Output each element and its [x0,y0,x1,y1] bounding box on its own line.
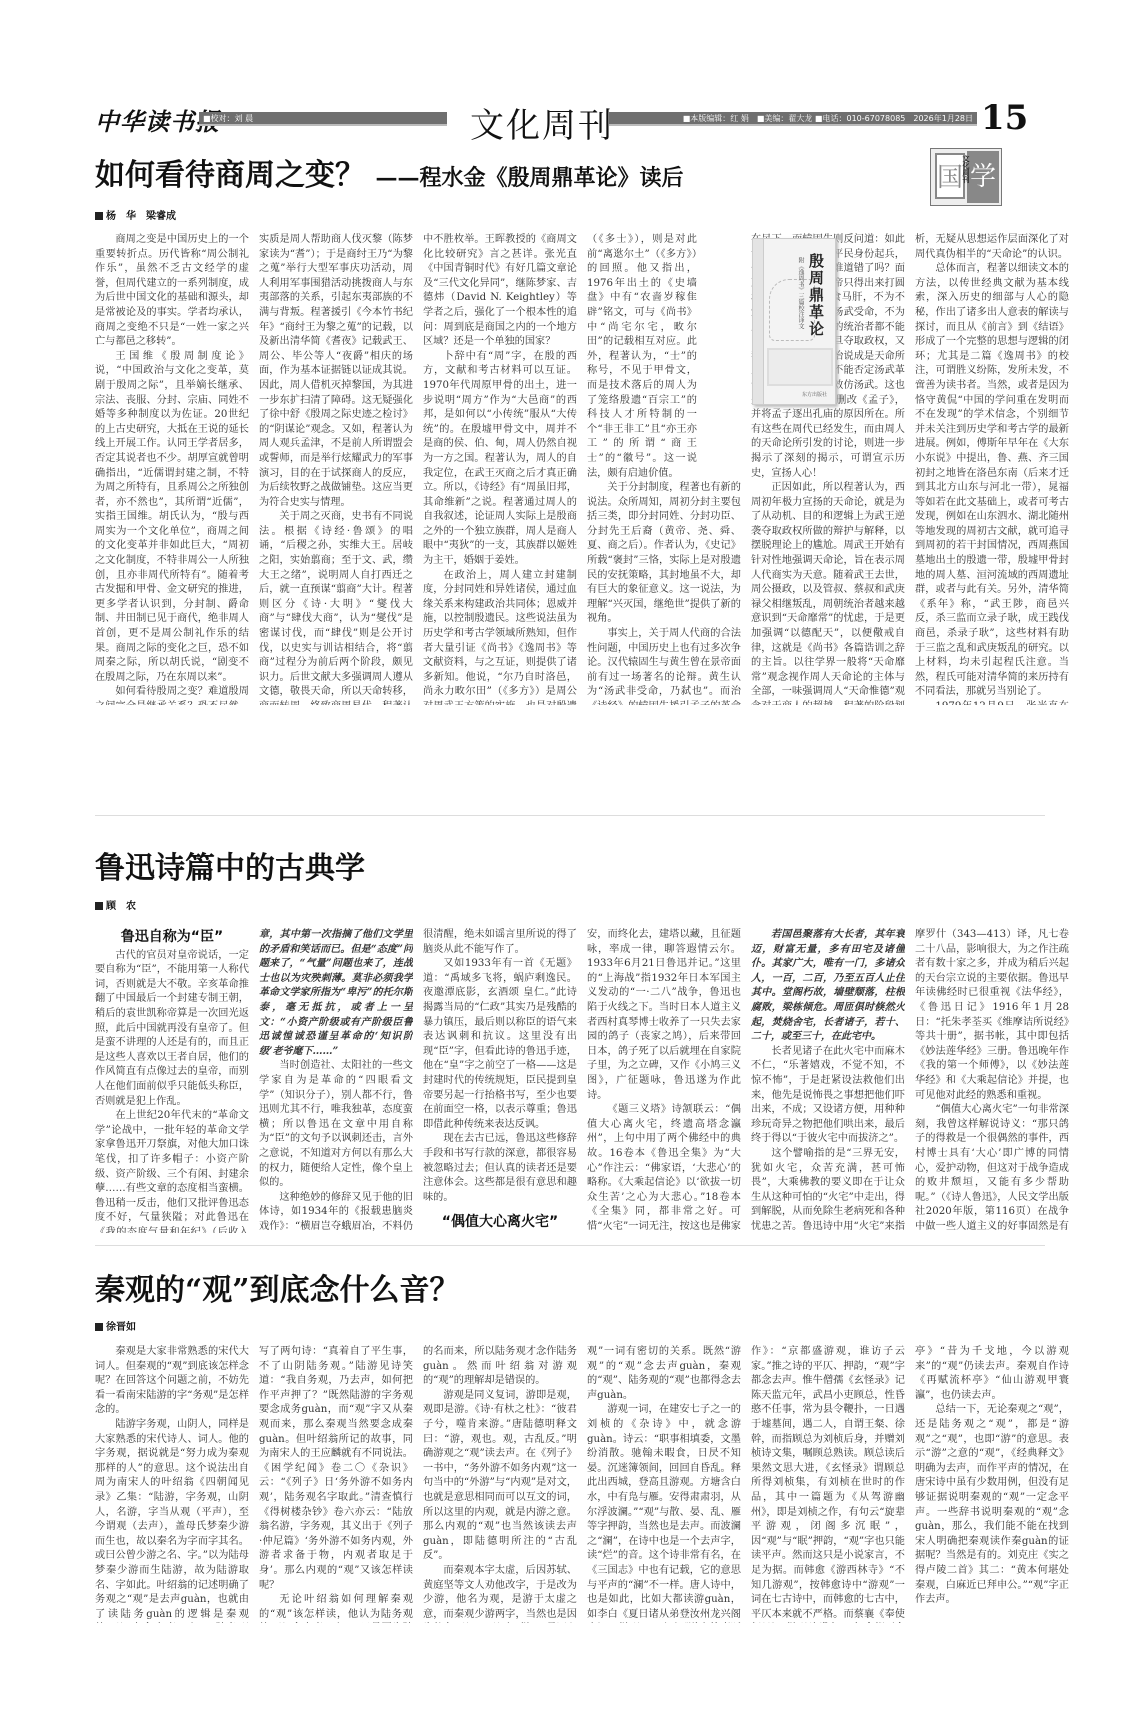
paragraph: 总体而言，程著以细读文本的方法，以传世经典文献为基本线索，深入历史的细部与人心的… [915,262,1069,700]
paragraph: 游观一词，在建安七子之一的刘桢的《杂诗》中，就念游guàn。诗云：“职事相填委，… [587,1403,741,1623]
paragraph: “偶值大心离火宅”一句非常深刻，我曾这样解说诗义：“那只鸽子的得救是一个很偶然的… [915,1103,1069,1233]
article2-body: 鲁迅自称为“臣” 古代的官员对皇帝说话，一定要自称为“臣”，不能用第一人称代词，… [95,928,1069,1233]
book-cover-image: 殷周鼎革论 附《逸周书》三篇校注译文 东方出版社 [752,238,836,405]
bronze-pattern-band [767,348,833,386]
article1-column-3: 中不胜枚举。王晖教授的《商周文化比较研究》言之甚详。张光直《中国青铜时代》有好几… [423,233,577,705]
paragraph: 现在去古已远，鲁迅这些修辞手段和书写行款的深意，都很容易被忽略过去；但认真的读者… [423,1132,577,1205]
paragraph: 关于分封制度，程著也有新的说法。众所周知，周初分封主要包括三类，即分封同姓、分封… [587,481,741,627]
masthead: 中华读书报 ■校对：刘 晨 文化周刊 ■本版编辑：红 娟 ■美编：翟大龙 ■电话… [95,100,1045,134]
article3-column-2: 写了两句诗：“真着自了平生事，不了山阴陆务观。”陆游见诗笑道：“我自务观，乃去声… [259,1345,413,1623]
article2-title: 鲁迅诗篇中的古典学 [95,843,365,887]
book-cover-subtitle: 附《逸周书》三篇校注译文 [796,257,805,329]
paragraph: 正因如此，所以程著认为，西周初年极力宣扬的天命论，就是为了从动机、目的和逻辑上为… [751,481,905,705]
paragraph: 当时创造社、太阳社的一些文学家自为是革命的“四眼看文学”（知识分子），别人都不行… [259,1059,413,1190]
paragraph: 关于周之灭商，史书有不同说法。根据《诗经·鲁颂》的唱诵，“后稷之孙，实维大王。居… [259,510,413,705]
paragraph: 亭》“昔为千戈地，今以游观来”的“观”仍读去声。秦观自作诗《再赋流杯亭》“仙山游… [915,1345,1069,1403]
guoxue-logo-label: 文化周刊 [961,155,971,183]
article2-column-5: 若国邑聚落有大长者，其年衰迈，财富无量，多有田宅及诸僮仆。其家广大，唯有一门，多… [751,928,905,1233]
article3-column-1: 秦观是大家非常熟悉的宋代大词人。但秦观的“观”到底该怎样念呢？在回答这个问题之前… [95,1345,249,1623]
paragraph: 摩罗什（343—413）译，凡七卷二十八品，影响很大，为之作注疏者有数十家之多，… [915,928,1069,1103]
article2-column-2: 章，其中第一次指摘了他们文学里的矛盾和笑话而已。但是“态度”问题来了，“气量”问… [259,928,413,1233]
paragraph: 古代的官员对皇帝说话，一定要自称为“臣”，不能用第一人称代词，否则就是大不敬。辛… [95,949,249,1110]
book-spine [753,239,764,404]
article2-column-3: 很清醒，绝未如谣言里所说的得了脑炎从此不能写作了。 又如1933年有一首《无题》… [423,928,577,1233]
paragraph: （《多士》），则是对此前“离逖尔土”（《多方》）的回照。他又指出，1976年出土… [587,233,697,481]
section-title: 文化周刊 [470,98,614,147]
book-publisher: 东方出版社 [802,391,827,398]
book-cover-title: 殷周鼎革论 [806,253,827,338]
paragraph: 中不胜枚举。王晖教授的《商周文化比较研究》言之甚详。张光直《中国青铜时代》有好几… [423,233,577,350]
article2-subhead-2: “偶值大心离火宅” [423,1215,577,1230]
article2-column-1: 鲁迅自称为“臣” 古代的官员对皇帝说话，一定要自称为“臣”，不能用第一人称代词，… [95,928,249,1233]
page-number: 15 [981,98,1028,138]
article1-subtitle: ——程水金《殷周鼎革论》读后 [375,165,683,191]
paragraph: 在政治上，周人建立封建制度，分封同姓和异姓诸侯，通过血缘关系来构建政治共同体；恩… [423,569,577,705]
article1-column-1: 商周之变是中国历史上的一个重要转折点。历代皆称“周公制礼作乐”，虽然不乏古文经学… [95,233,249,705]
article2-column-6: 摩罗什（343—413）译，凡七卷二十八品，影响很大，为之作注疏者有数十家之多，… [915,928,1069,1233]
article3-byline: 徐晋如 [95,1318,136,1333]
paragraph: 而秦观本字太虚，后因苏轼、黄庭坚等文人劝他改字，于是改为少游，他名为观，是游于太… [423,1564,577,1623]
paragraph: 写了两句诗：“真着自了平生事，不了山阴陆务观。”陆游见诗笑道：“我自务观，乃去声… [259,1345,413,1593]
paragraph: 无论叶绍翁如何理解秦观的“观”该怎样读，他认为陆务观的“观”念去声guàn，只是… [259,1593,413,1623]
proofreader-bar: ■校对：刘 晨 [199,112,447,126]
editor-info-bar: ■本版编辑：红 娟 ■美编：翟大龙 ■电话：010-67078085 2026年… [609,112,977,126]
paragraph: 析，无疑从思想运作层面深化了对周代真伪相半的“天命论”的认识。 [915,233,1069,262]
article1-column-4: （《多士》），则是对此前“离逖尔土”（《多方》）的回照。他又指出，1976年出土… [587,233,741,705]
block-quote: 若国邑聚落有大长者，其年衰迈，财富无量，多有田宅及诸僮仆。其家广大，唯有一门，多… [751,928,905,1045]
paragraph: 1979年12月9日，张光直在《殷周关系的再检讨》一文的题记中说，“翼鹏先生之主… [915,700,1069,705]
paragraph: 秦观是大家非常熟悉的宋代大词人。但秦观的“观”到底该怎样念呢？在回答这个问题之前… [95,1345,249,1418]
article1-byline: 杨 华 梁睿成 [95,207,176,222]
paragraph: 安，而终化去，建塔以藏，且征题咏，率成一律，聊答遐情云尔。1933年6月21日鲁… [587,928,741,1103]
paragraph: 总结一下，无论秦观之“观”，还是陆务观之“观”，都是“游观”之“观”，也即“游”… [915,1403,1069,1607]
divider [95,815,1045,816]
paragraph: 事实上，关于周人代商的合法性问题，中国历史上也有过多次争论。汉代辕固生与黄生曾在… [587,627,741,705]
paragraph: 这个譬喻指的是“三界无安，犹如火宅，众苦充满，甚可怖畏”，大乘佛教的要义即在于让… [751,1147,905,1233]
paragraph: 又如1933年有一首《无题》道：“禹域多飞将，蜗庐剩逸民。夜邀潭底影，玄酒颂 皇… [423,957,577,1132]
article3-column-6: 亭》“昔为千戈地，今以游观来”的“观”仍读去声。秦观自作诗《再赋流杯亭》“仙山游… [915,1345,1069,1623]
divider [95,1245,1045,1246]
paragraph: 的名而来，所以陆务观才念作陆务guàn。然而叶绍翁对游观的“观”的理解却是错误的… [423,1345,577,1389]
paragraph: 《题三义塔》诗颔联云：“偶值大心离火宅，终遗高塔念瀛州”，上句中用了两个佛经中的… [587,1103,741,1233]
article3-body: 秦观是大家非常熟悉的宋代大词人。但秦观的“观”到底该怎样念呢？在回答这个问题之前… [95,1345,1069,1623]
paragraph: 卜辞中有“周”字，在殷的西方，文献和考古材料可以互证。1970年代周原甲骨的出土… [423,350,577,569]
guoxue-logo-right: 学 [967,151,999,203]
block-quote: 章，其中第一次指摘了他们文学里的矛盾和笑话而已。但是“态度”问题来了，“气量”问… [259,928,413,1059]
article2-subhead-1: 鲁迅自称为“臣” [95,930,249,945]
article1-title: 如何看待商周之变？ [95,158,365,193]
paragraph: 商周之变是中国历史上的一个重要转折点。历代皆称“周公制礼作乐”，虽然不乏古文经学… [95,233,249,350]
article2-byline: 顾 农 [95,897,136,912]
article1-column-2: 实质是周人帮助商人伐灭黎（陈梦家读为“耆”）；于是商纣王乃“为黎之蒐”举行大型军… [259,233,413,705]
paragraph: 实质是周人帮助商人伐灭黎（陈梦家读为“耆”）；于是商纣王乃“为黎之蒐”举行大型军… [259,233,413,510]
article3-title: 秦观的“观”到底念什么音？ [95,1265,460,1309]
article3-column-3: 的名而来，所以陆务观才念作陆务guàn。然而叶绍翁对游观的“观”的理解却是错误的… [423,1345,577,1623]
paragraph: 长者见诸子在此火宅中而麻木不仁，“乐著嬉戏，不觉不知，不惊不怖”，于是赶紧设法救… [751,1045,905,1147]
article2-column-4: 安，而终化去，建塔以藏，且征题咏，率成一律，聊答遐情云尔。1933年6月21日鲁… [587,928,741,1233]
paragraph: 作》：“京都盛游观，谁访子云家。”推之诗的平仄、押韵，“观”字都念去声。惟牛僧孺… [751,1345,905,1623]
article1-column-6: 析，无疑从思想运作层面深化了对周代真伪相半的“天命论”的认识。 总体而言，程著以… [915,233,1069,705]
paragraph: 这种绝妙的修辞又见于他的旧体诗，如1934年的《报载患脑炎戏作》：“横眉岂夺蛾眉… [259,1191,413,1233]
paragraph: 陆游字务观，山阴人，同样是大家熟悉的宋代诗人、词人。他的字务观，据说就是“努力成… [95,1418,249,1623]
article1-body: 商周之变是中国历史上的一个重要转折点。历代皆称“周公制礼作乐”，虽然不乏古文经学… [95,233,1069,705]
article3-column-4: 观”一词有密切的关系。既然“游观”的“观”念去声guàn，秦观的“观”、陆务观的… [587,1345,741,1623]
article1-headline: 如何看待商周之变？ ——程水金《殷周鼎革论》读后 [95,150,683,194]
paragraph: 在上世纪20年代末的“革命文学”论战中，一批年轻的革命文学家拿鲁迅开刀祭旗，对他… [95,1109,249,1233]
paragraph: 观”一词有密切的关系。既然“游观”的“观”念去声guàn，秦观的“观”、陆务观的… [587,1345,741,1403]
paragraph: 游观是同义复词，游即是观，观即是游。《诗·有杕之杜》：“彼君子兮，噬肯来游。”唐… [423,1389,577,1564]
guoxue-column-logo: 国 学 文化周刊 [930,148,1002,206]
paragraph: 很清醒，绝未如谣言里所说的得了脑炎从此不能写作了。 [423,928,577,957]
paragraph: 如何看待殷周之变？难道殷周之间完全是继承关系？恐不尽然。程水金教授新著《殷周鼎革… [95,685,249,705]
article3-column-5: 作》：“京都盛游观，谁访子云家。”推之诗的平仄、押韵，“观”字都念去声。惟牛僧孺… [751,1345,905,1623]
paragraph: 王国维《殷周制度论》说，“中国政治与文化之变革，莫剧于殷周之际”，且举嫡长继承、… [95,350,249,686]
